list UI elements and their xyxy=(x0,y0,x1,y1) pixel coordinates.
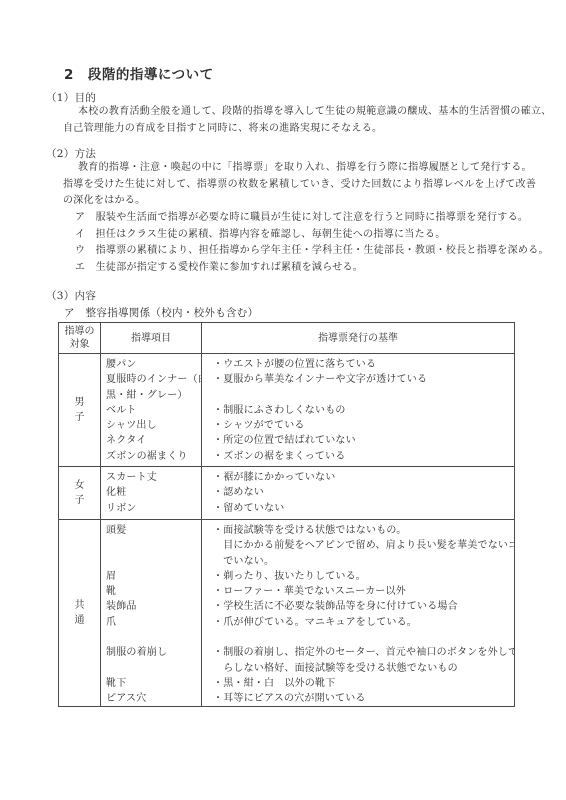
target-label: 共通 xyxy=(74,598,86,629)
list-item: イ 担任はクラス生徒の累積、指導内容を確認し、毎朝生徒への指導に当たる。 xyxy=(75,227,549,244)
table-line: ・爪が伸びている。マニキュアをしている。 xyxy=(213,615,514,630)
table-line xyxy=(213,630,514,645)
table-line: 頭髪 xyxy=(106,523,201,538)
table-line: ピアス穴 xyxy=(106,691,201,706)
table-line xyxy=(106,661,201,676)
table-line: でいない。 xyxy=(213,554,514,569)
table-line: 爪 xyxy=(106,615,201,630)
item-cell-common: 頭髪眉靴装飾品爪制服の着崩し靴下ピアス穴 xyxy=(100,520,201,706)
table-line: ・所定の位置で結ばれていない xyxy=(213,433,514,448)
target-cell-common: 共通 xyxy=(59,520,100,706)
table-line xyxy=(106,538,201,553)
table-line: ・ズボンの裾をまくっている xyxy=(213,449,514,464)
table-line: 化粧 xyxy=(106,485,201,500)
table-line xyxy=(213,388,514,403)
section-heading-method: （2）方法 xyxy=(46,146,96,161)
list-item: エ 生徒部が指定する愛校作業に参加すれば累積を減らせる。 xyxy=(75,260,549,277)
table-line: リボン xyxy=(106,501,201,516)
table-line: 靴 xyxy=(106,584,201,599)
table-line: ・剃ったり、抜いたりしている。 xyxy=(213,569,514,584)
criteria-cell-common: ・面接試験等を受ける状態ではないもの。 目にかかる前髪をヘアピンで留め、肩より長… xyxy=(201,520,514,706)
target-label: 男子 xyxy=(74,395,86,426)
document-page: 2 段階的指導について （1）目的 本校の教育活動全般を通して、段階的指導を導入… xyxy=(0,0,566,800)
table-section-boys: 男子 腰パン夏服時のインナー（白・黒・紺・グレー）ベルトシャツ出しネクタイズボン… xyxy=(59,353,514,466)
list-item: ウ 指導票の累積により、担任指導から学年主任・学科主任・生徒部長・教頭・校長と指… xyxy=(75,243,549,260)
table-line xyxy=(106,554,201,569)
table-section-girls: 女子 スカート丈化粧リボン ・裾が膝にかかっていない・認めない・留めていない xyxy=(59,466,514,519)
table-line: 夏服時のインナー（白・ xyxy=(106,372,201,387)
table-header-item: 指導項目 xyxy=(100,323,201,353)
table-line: ・シャツがでている xyxy=(213,418,514,433)
table-line: ・制服にふさわしくないもの xyxy=(213,403,514,418)
item-cell-boys: 腰パン夏服時のインナー（白・黒・紺・グレー）ベルトシャツ出しネクタイズボンの裾ま… xyxy=(100,354,201,466)
method-item-list: ア 服装や生活面で指導が必要な時に職員が生徒に対して注意を行うと同時に指導票を発… xyxy=(75,210,549,276)
table-line: スカート丈 xyxy=(106,470,201,485)
section-heading-content: （3）内容 xyxy=(46,288,96,303)
content-subheading: ア 整容指導関係（校内・校外も含む） xyxy=(64,305,258,320)
table-line: ・耳等にピアスの穴が開いている xyxy=(213,691,514,706)
text-line: 指導を受けた生徒に対して、指導票の枚数を累積していき、受けた回数により指導レベル… xyxy=(63,177,536,194)
criteria-cell-girls: ・裾が膝にかかっていない・認めない・留めていない xyxy=(201,467,514,519)
table-line: ・認めない xyxy=(213,485,514,500)
text-line: 本校の教育活動全般を通して、段階的指導を導入して生徒の規範意識の醸成、基本的生活… xyxy=(78,104,552,121)
table-line: ・裾が膝にかかっていない xyxy=(213,470,514,485)
table-header-target-label: 指導の対象 xyxy=(62,325,98,351)
page-title: 2 段階的指導について xyxy=(64,63,214,83)
target-cell-girls: 女子 xyxy=(59,467,100,519)
table-section-common: 共通 頭髪眉靴装飾品爪制服の着崩し靴下ピアス穴 ・面接試験等を受ける状態ではない… xyxy=(59,519,514,706)
table-header-target: 指導の対象 xyxy=(59,323,100,353)
section-heading-purpose: （1）目的 xyxy=(46,90,96,105)
table-line: 目にかかる前髪をヘアピンで留め、肩より長い髪を華美でないゴムで結ん xyxy=(213,538,514,553)
table-header-row: 指導の対象 指導項目 指導票発行の基準 xyxy=(59,323,514,353)
table-line: 装飾品 xyxy=(106,599,201,614)
table-line: ・制服の着崩し、指定外のセーター、首元や袖口のボタンを外している等だ xyxy=(213,645,514,660)
method-paragraph: 教育的指導・注意・喚起の中に「指導票」を取り入れ、指導を行う際に指導履歴として発… xyxy=(63,160,536,210)
table-line: ・ローファー・華美でないスニーカー以外 xyxy=(213,584,514,599)
table-line: 眉 xyxy=(106,569,201,584)
table-line: らしない格好、面接試験等を受ける状態でないもの xyxy=(213,661,514,676)
item-cell-girls: スカート丈化粧リボン xyxy=(100,467,201,519)
table-line: ・留めていない xyxy=(213,501,514,516)
table-line: ・面接試験等を受ける状態ではないもの。 xyxy=(213,523,514,538)
list-item: ア 服装や生活面で指導が必要な時に職員が生徒に対して注意を行うと同時に指導票を発… xyxy=(75,210,549,227)
table-line: ・ウエストが腰の位置に落ちている xyxy=(213,357,514,372)
table-line: ズボンの裾まくり xyxy=(106,449,201,464)
table-line: 靴下 xyxy=(106,676,201,691)
criteria-cell-boys: ・ウエストが腰の位置に落ちている・夏服から華美なインナーや文字が透けている・制服… xyxy=(201,354,514,466)
text-line: 自己管理能力の育成を目指すと同時に、将来の進路実現にそなえる。 xyxy=(63,121,552,138)
table-header-criteria: 指導票発行の基準 xyxy=(201,323,514,353)
table-line xyxy=(106,630,201,645)
target-label: 女子 xyxy=(74,478,86,509)
table-line: 腰パン xyxy=(106,357,201,372)
table-line: ・夏服から華美なインナーや文字が透けている xyxy=(213,372,514,387)
purpose-paragraph: 本校の教育活動全般を通して、段階的指導を導入して生徒の規範意識の醸成、基本的生活… xyxy=(63,104,552,137)
text-line: の深化をはかる。 xyxy=(63,193,536,210)
guidance-table: 指導の対象 指導項目 指導票発行の基準 男子 腰パン夏服時のインナー（白・黒・紺… xyxy=(58,322,515,707)
table-line: ・黒・紺・白 以外の靴下 xyxy=(213,676,514,691)
table-line: ・学校生活に不必要な装飾品等を身に付けている場合 xyxy=(213,599,514,614)
table-line: 制服の着崩し xyxy=(106,645,201,660)
table-line: シャツ出し xyxy=(106,418,201,433)
table-line: 黒・紺・グレー） xyxy=(106,388,201,403)
text-line: 教育的指導・注意・喚起の中に「指導票」を取り入れ、指導を行う際に指導履歴として発… xyxy=(78,160,536,177)
target-cell-boys: 男子 xyxy=(59,354,100,466)
table-line: ネクタイ xyxy=(106,433,201,448)
table-line: ベルト xyxy=(106,403,201,418)
